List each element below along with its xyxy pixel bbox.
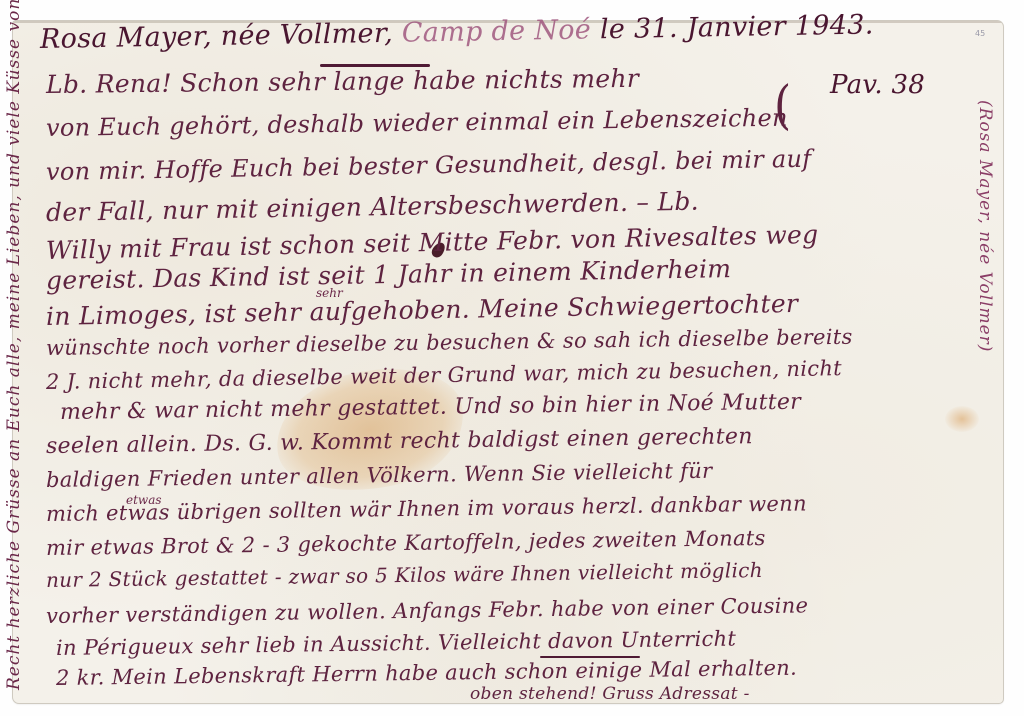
small-stain <box>945 406 979 432</box>
page: 45 Rosa Mayer, née Vollmer, Camp de Noé … <box>0 0 1024 716</box>
corner-mark: 45 <box>975 29 985 38</box>
sender-name: Rosa Mayer, née Vollmer, <box>40 18 393 55</box>
camp-name: Camp de Noé <box>402 14 592 48</box>
left-margin-note: Recht herzliche Grüsse an Euch alle, mei… <box>4 10 24 690</box>
letter-line-19: oben stehend! Gruss Adressat - <box>470 684 750 704</box>
letter-date: le 31. Janvier 1943. <box>600 9 874 45</box>
pavilion-number: Pav. 38 <box>830 70 925 100</box>
letter-line-1: Lb. Rena! Schon sehr lange habe nichts m… <box>46 64 639 99</box>
closing-underline <box>540 656 640 658</box>
pavilion-label: Pav. 38 <box>830 70 925 100</box>
right-margin-note: (Rosa Mayer, née Vollmer) <box>975 100 995 352</box>
